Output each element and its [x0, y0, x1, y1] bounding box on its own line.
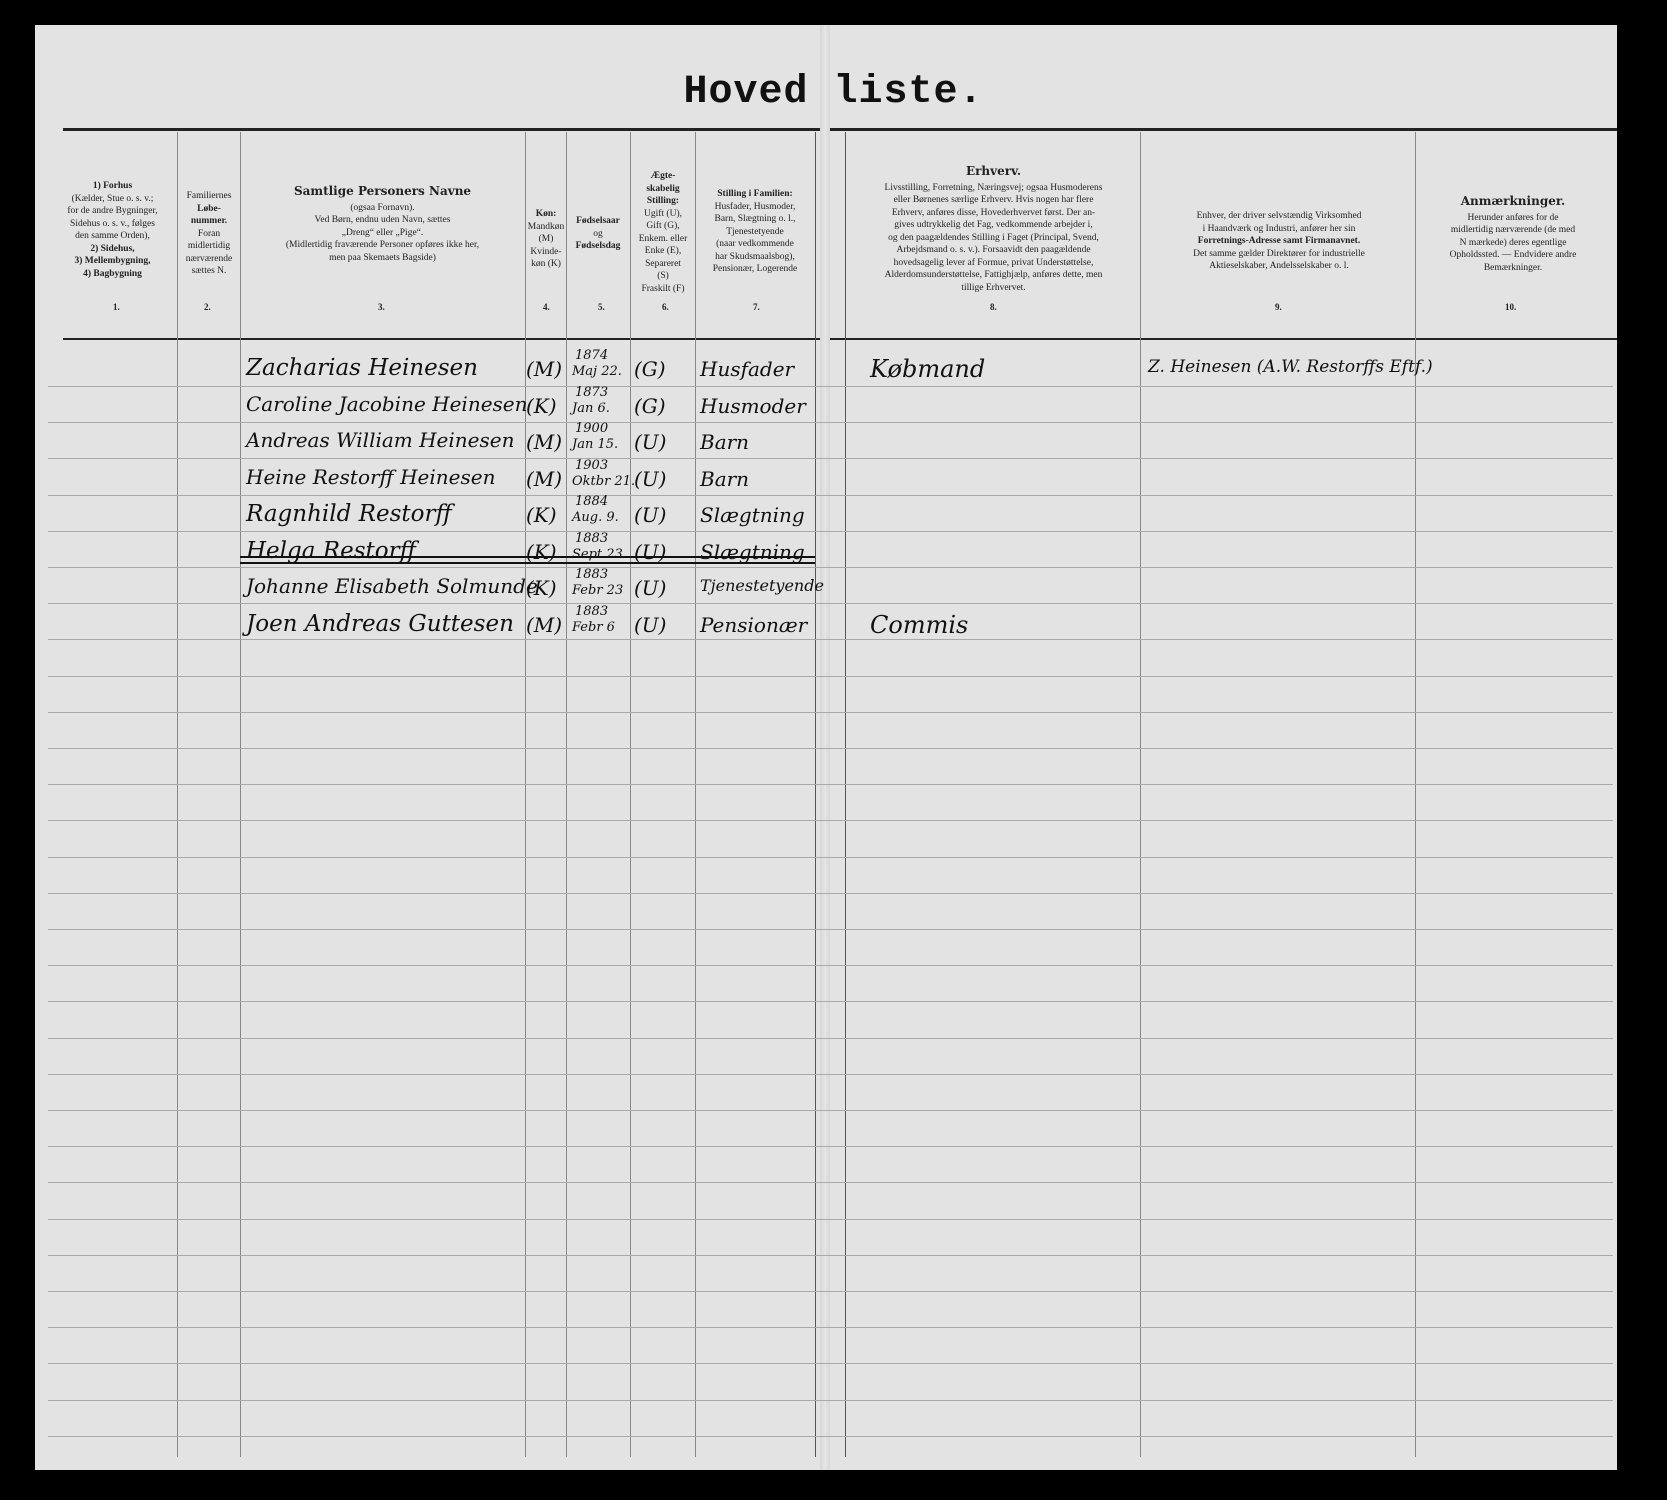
header-line: Tjenestetyende: [697, 226, 813, 239]
person-name: Heine Restorff Heinesen: [246, 465, 495, 489]
column-number-3: 3.: [378, 302, 385, 312]
birth-year: 1874: [575, 349, 608, 363]
header-line: Foran: [180, 228, 238, 241]
row-divider: [48, 1038, 1613, 1039]
column-divider: [566, 132, 567, 1457]
header-line: Køn:: [527, 208, 565, 221]
top-rule: [63, 128, 1617, 131]
row-divider: [48, 1400, 1613, 1401]
header-line: Separeret: [632, 258, 694, 271]
header-line: (Kælder, Stue o. s. v.;: [50, 193, 175, 206]
row-divider: [48, 495, 1613, 496]
column-number-5: 5.: [598, 302, 605, 312]
person-name: Helga Restorff: [246, 538, 416, 564]
column-header-2: FamiliernesLøbe-nummer.Foranmidlertidign…: [180, 190, 238, 278]
header-line: gives udtrykkelig det Fag, vedkommende a…: [850, 219, 1137, 232]
person-name: Zacharias Heinesen: [246, 355, 478, 381]
row-divider: [48, 1110, 1613, 1111]
header-line: Barn, Slægtning o. l.,: [697, 213, 813, 226]
header-line: og: [568, 228, 628, 241]
column-divider: [525, 132, 526, 1457]
header-line: Arbejdsmand o. s. v.). Forsaavidt den pa…: [850, 244, 1137, 257]
sex-value: (K): [526, 540, 557, 564]
row-divider: [48, 929, 1613, 930]
column-number-1: 1.: [113, 302, 120, 312]
row-divider: [48, 639, 1613, 640]
row-divider: [48, 1074, 1613, 1075]
row-divider: [48, 784, 1613, 785]
header-line: den samme Orden),: [50, 230, 175, 243]
strikethrough-line: [240, 556, 815, 558]
row-divider: [48, 1182, 1613, 1183]
birth-year: 1884: [575, 495, 608, 509]
row-divider: [48, 1436, 1613, 1437]
header-line: 3) Mellembygning,: [50, 255, 175, 268]
header-line: tillige Erhvervet.: [850, 282, 1137, 295]
column-header-3: Samtlige Personers Navne(ogsaa Fornavn).…: [245, 185, 520, 264]
header-line: 1) Forhus: [50, 180, 175, 193]
birth-day: Oktbr 21.: [572, 475, 635, 489]
column-header-7: Stilling i Familien:Husfader, Husmoder,B…: [697, 188, 813, 276]
birth-year: 1883: [575, 532, 608, 546]
column-divider: [177, 132, 178, 1457]
row-divider: [48, 1146, 1613, 1147]
birth-year: 1903: [575, 459, 608, 473]
header-line: N mærkede) deres egentlige: [1418, 237, 1608, 250]
header-line: Kvinde-: [527, 246, 565, 259]
row-divider: [48, 1327, 1613, 1328]
family-position: Husfader: [700, 357, 794, 381]
row-divider: [48, 567, 1613, 568]
header-line: køn (K): [527, 258, 565, 271]
header-line: Løbe-: [180, 203, 238, 216]
header-line: Alderdomsunderstøttelse, Fattighjælp, an…: [850, 269, 1137, 282]
person-name: Johanne Elisabeth Solmunde: [246, 574, 538, 598]
column-divider: [1140, 132, 1141, 1457]
row-divider: [48, 676, 1613, 677]
header-line: hovedsagelig lever af Formue, privat Und…: [850, 257, 1137, 270]
marital-status: (U): [634, 467, 666, 491]
row-divider: [48, 857, 1613, 858]
column-header-9: Enhver, der driver selvstændig Virksomhe…: [1145, 210, 1413, 273]
row-divider: [48, 1363, 1613, 1364]
header-line: Gift (G),: [632, 220, 694, 233]
marital-status: (U): [634, 613, 666, 637]
family-position: Slægtning: [700, 540, 805, 564]
occupation: Købmand: [870, 355, 985, 383]
column-number-4: 4.: [543, 302, 550, 312]
column-divider: [1415, 132, 1416, 1457]
row-divider: [48, 965, 1613, 966]
person-name: Andreas William Heinesen: [246, 428, 514, 452]
row-divider: [48, 1219, 1613, 1220]
column-header-5: FødselsaarogFødselsdag: [568, 215, 628, 253]
header-line: Fødselsdag: [568, 240, 628, 253]
marital-status: (G): [634, 357, 666, 381]
header-line: skabelig: [632, 183, 694, 196]
column-divider: [630, 132, 631, 1457]
birth-year: 1883: [575, 605, 608, 619]
row-divider: [48, 820, 1613, 821]
header-line: (naar vedkommende: [697, 238, 813, 251]
header-line: Fødselsaar: [568, 215, 628, 228]
header-line: (M): [527, 233, 565, 246]
header-line: Aktieselskaber, Andelsselskaber o. l.: [1145, 260, 1413, 273]
sex-value: (M): [526, 430, 562, 454]
family-position: Pensionær: [700, 613, 807, 637]
family-position: Husmoder: [700, 394, 806, 418]
row-divider: [48, 531, 1613, 532]
business-address: Z. Heinesen (A.W. Restorffs Eftf.): [1148, 357, 1433, 377]
header-line: Opholdssted. — Endvidere andre: [1418, 249, 1608, 262]
header-line: Ved Børn, endnu uden Navn, sættes: [245, 214, 520, 227]
header-line: Ugift (U),: [632, 208, 694, 221]
header-bottom-rule: [63, 338, 1617, 340]
column-header-1: 1) Forhus(Kælder, Stue o. s. v.;for de a…: [50, 180, 175, 280]
sex-value: (M): [526, 357, 562, 381]
person-name: Caroline Jacobine Heinesen: [246, 392, 528, 416]
header-line: sættes N.: [180, 265, 238, 278]
row-divider: [48, 1001, 1613, 1002]
header-line: 4) Bagbygning: [50, 268, 175, 281]
marital-status: (U): [634, 430, 666, 454]
header-line: Familiernes: [180, 190, 238, 203]
column-divider: [695, 132, 696, 1457]
column-divider: [815, 132, 816, 1457]
birth-year: 1873: [575, 386, 608, 400]
header-line: Pensionær, Logerende: [697, 263, 813, 276]
header-line: Stilling:: [632, 195, 694, 208]
header-line: (Midlertidig fraværende Personer opføres…: [245, 239, 520, 252]
column-header-4: Køn:Mandkøn(M)Kvinde-køn (K): [527, 208, 565, 271]
marital-status: (G): [634, 394, 666, 418]
birth-day: Febr 6: [572, 621, 615, 635]
header-line: midlertidig: [180, 240, 238, 253]
row-divider: [48, 386, 1613, 387]
header-line: Anmærkninger.: [1418, 195, 1608, 208]
row-divider: [48, 1291, 1613, 1292]
birth-day: Jan 15.: [572, 438, 618, 452]
marital-status: (U): [634, 503, 666, 527]
header-line: Bemærkninger.: [1418, 262, 1608, 275]
sex-value: (K): [526, 394, 557, 418]
sex-value: (M): [526, 467, 562, 491]
person-name: Ragnhild Restorff: [246, 501, 452, 527]
column-number-6: 6.: [662, 302, 669, 312]
header-line: Samtlige Personers Navne: [245, 185, 520, 198]
header-line: Herunder anføres for de: [1418, 212, 1608, 225]
header-line: Livsstilling, Forretning, Næringsvej; og…: [850, 182, 1137, 195]
row-divider: [48, 712, 1613, 713]
header-line: Ægte-: [632, 170, 694, 183]
header-line: Fraskilt (F): [632, 283, 694, 296]
sex-value: (M): [526, 613, 562, 637]
form-title: Hoved liste.: [0, 70, 1667, 115]
column-header-6: Ægte-skabeligStilling:Ugift (U),Gift (G)…: [632, 170, 694, 295]
header-line: Stilling i Familien:: [697, 188, 813, 201]
row-divider: [48, 893, 1613, 894]
person-name: Joen Andreas Guttesen: [246, 611, 514, 637]
sex-value: (K): [526, 503, 557, 527]
birth-day: Aug. 9.: [572, 511, 619, 525]
family-position: Slægtning: [700, 503, 805, 527]
header-line: nærværende: [180, 253, 238, 266]
birth-year: 1883: [575, 568, 608, 582]
birth-day: Sept 23: [572, 548, 623, 562]
family-position: Tjenestetyende: [700, 576, 824, 595]
birth-year: 1900: [575, 422, 608, 436]
row-divider: [48, 458, 1613, 459]
column-divider: [845, 132, 846, 1457]
header-line: (S): [632, 270, 694, 283]
header-line: „Dreng“ eller „Pige“.: [245, 227, 520, 240]
header-line: Husfader, Husmoder,: [697, 201, 813, 214]
header-line: i Haandværk og Industri, anfører her sin: [1145, 223, 1413, 236]
header-line: og den paagældendes Stilling i Faget (Pr…: [850, 232, 1137, 245]
family-position: Barn: [700, 467, 749, 491]
header-line: eller Børnenes særlige Erhverv. Hvis nog…: [850, 194, 1137, 207]
header-line: (ogsaa Fornavn).: [245, 202, 520, 215]
sex-value: (K): [526, 576, 557, 600]
family-position: Barn: [700, 430, 749, 454]
header-line: Erhverv.: [850, 165, 1137, 178]
header-line: 2) Sidehus,: [50, 243, 175, 256]
column-number-9: 9.: [1275, 302, 1282, 312]
header-line: men paa Skemaets Bagside): [245, 252, 520, 265]
strikethrough-line: [240, 562, 815, 564]
header-line: midlertidig nærværende (de med: [1418, 224, 1608, 237]
marital-status: (U): [634, 540, 666, 564]
header-line: Enhver, der driver selvstændig Virksomhe…: [1145, 210, 1413, 223]
row-divider: [48, 1255, 1613, 1256]
column-divider: [240, 132, 241, 1457]
header-line: Det samme gælder Direktører for industri…: [1145, 248, 1413, 261]
header-line: for de andre Bygninger,: [50, 205, 175, 218]
header-line: nummer.: [180, 215, 238, 228]
column-number-7: 7.: [753, 302, 760, 312]
marital-status: (U): [634, 576, 666, 600]
row-divider: [48, 422, 1613, 423]
row-divider: [48, 603, 1613, 604]
header-line: Enkem. eller: [632, 233, 694, 246]
birth-day: Maj 22.: [572, 365, 622, 379]
header-line: Sidehus o. s. v., følges: [50, 218, 175, 231]
birth-day: Febr 23: [572, 584, 623, 598]
birth-day: Jan 6.: [572, 402, 610, 416]
header-line: Enke (E),: [632, 245, 694, 258]
row-divider: [48, 748, 1613, 749]
occupation: Commis: [870, 611, 968, 639]
column-header-10: Anmærkninger.Herunder anføres for demidl…: [1418, 195, 1608, 274]
column-number-2: 2.: [204, 302, 211, 312]
column-number-10: 10.: [1505, 302, 1516, 312]
column-header-8: Erhverv.Livsstilling, Forretning, Næring…: [850, 165, 1137, 294]
header-line: Erhverv, anføres disse, Hovederhvervet f…: [850, 207, 1137, 220]
header-line: har Skudsmaalsbog),: [697, 251, 813, 264]
column-number-8: 8.: [990, 302, 997, 312]
header-line: Forretnings-Adresse samt Firmanavnet.: [1145, 235, 1413, 248]
header-line: Mandkøn: [527, 221, 565, 234]
